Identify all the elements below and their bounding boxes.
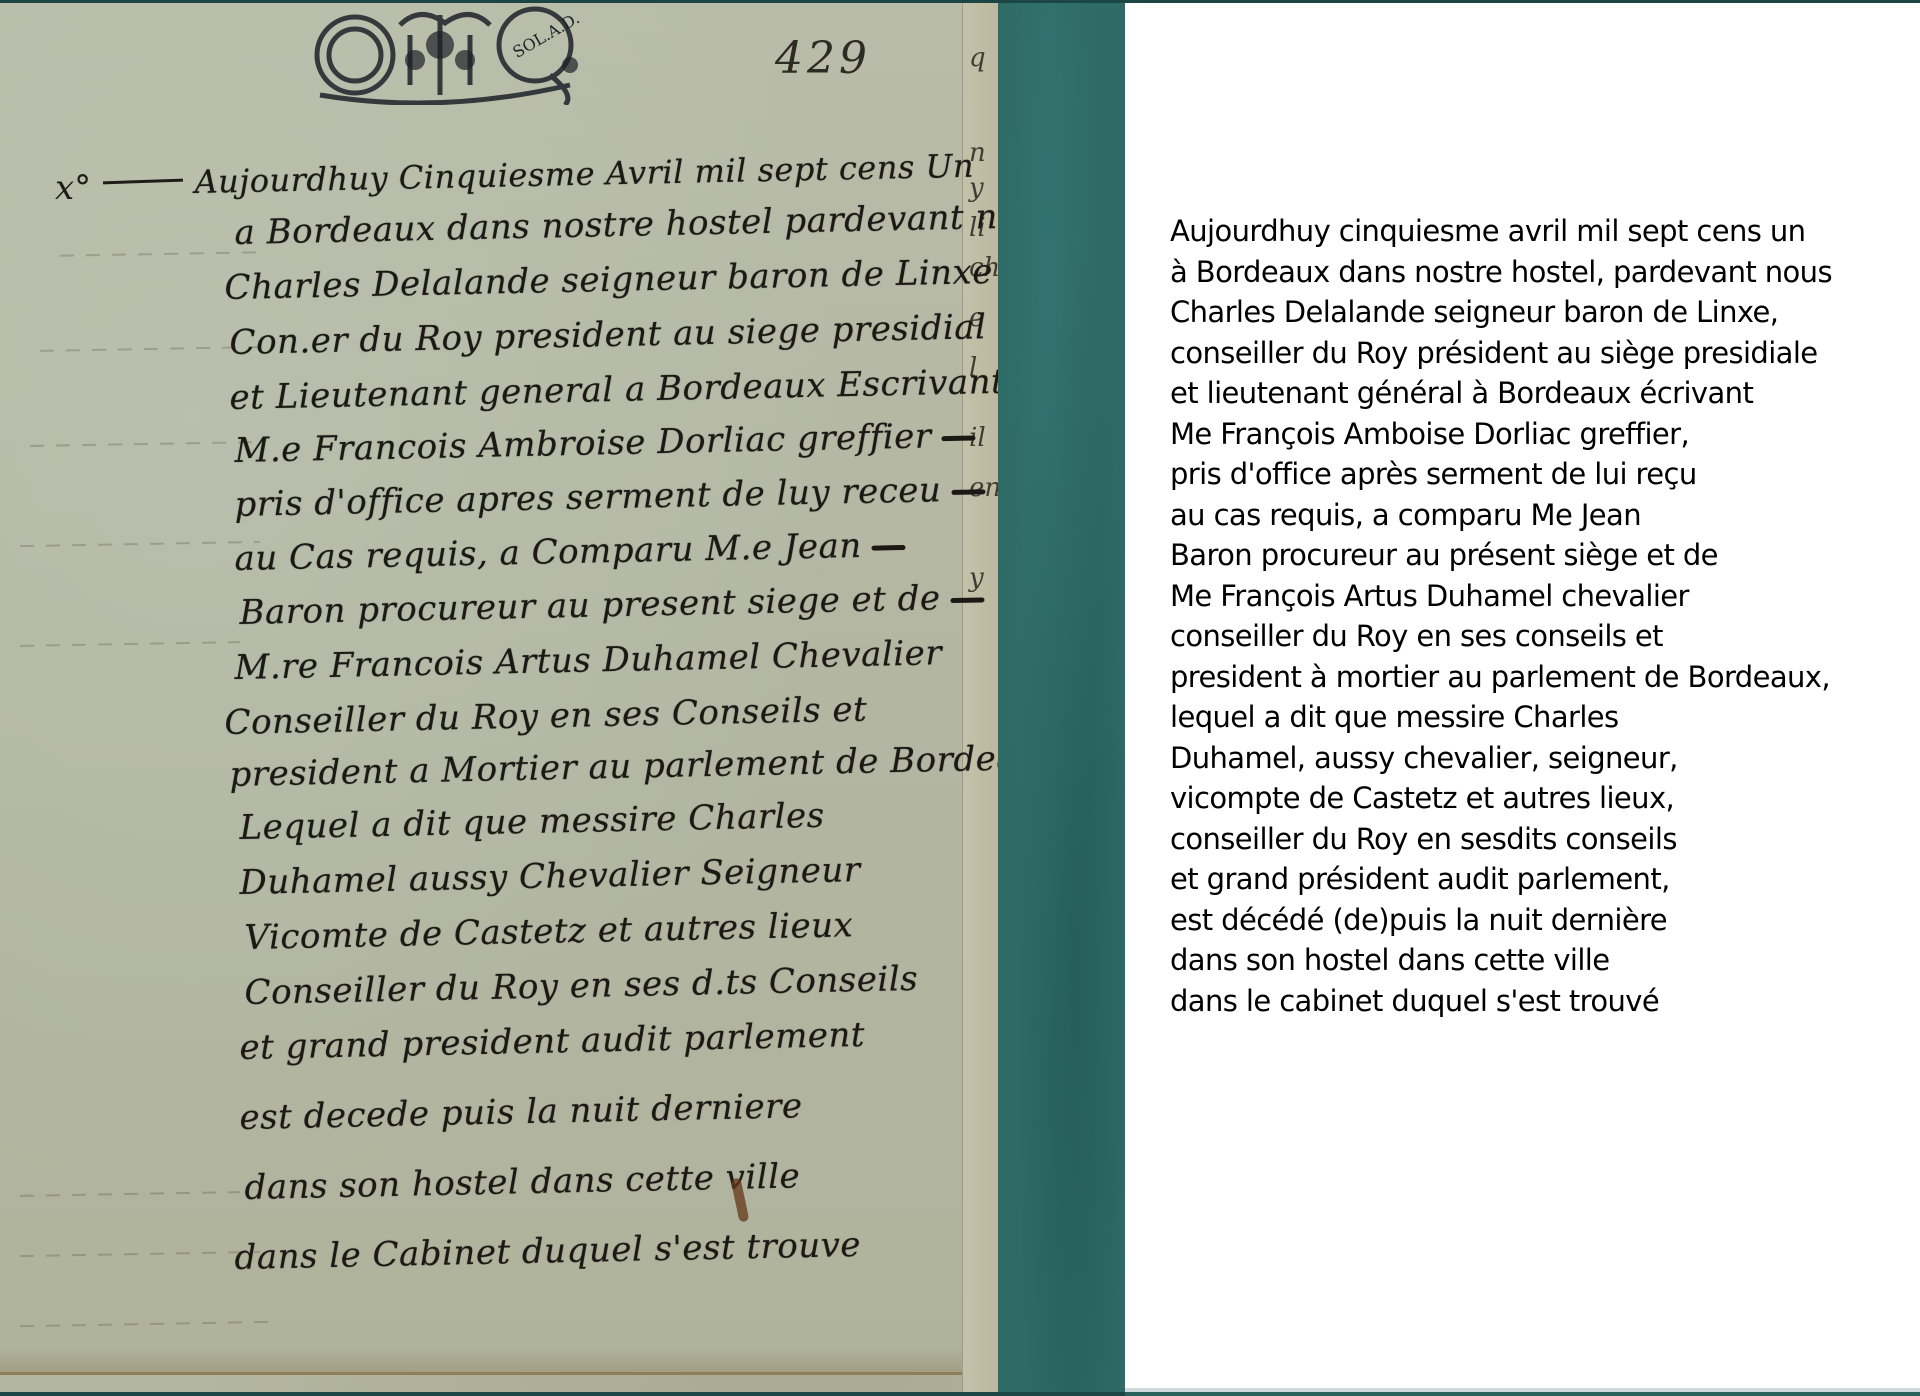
handwritten-line: Lequel a dit que messire Charles: [239, 796, 825, 848]
manuscript-photo: q n y li ch e l il en y: [0, 3, 998, 1392]
margin-mark: x°: [55, 168, 91, 208]
document-composite: q n y li ch e l il en y: [0, 0, 1920, 1396]
transcription-line: et grand président audit parlement,: [1170, 859, 1832, 900]
transcription-line: à Bordeaux dans nostre hostel, pardevant…: [1170, 252, 1832, 293]
teal-background-band: [998, 3, 1125, 1392]
handwritten-line: dans son hostel dans cette ville: [244, 1156, 800, 1208]
transcription-line: dans le cabinet duquel s'est trouvé: [1170, 981, 1832, 1022]
transcription-line: Aujourdhuy cinquiesme avril mil sept cen…: [1170, 211, 1832, 252]
page-edge-shadow: [0, 1348, 962, 1372]
transcription-line: conseiller du Roy en ses conseils et: [1170, 616, 1832, 657]
handwritten-line: Vicomte de Castetz et autres lieux: [244, 905, 853, 958]
handwritten-line: pris d'office apres serment de luy receu: [234, 469, 986, 525]
stamp-seal-icon: SOL.A.D.: [300, 5, 590, 105]
transcription-line: conseiller du Roy en sesdits conseils: [1170, 819, 1832, 860]
handwritten-line: est decede puis la nuit derniere: [239, 1086, 803, 1138]
transcription-line: Me François Amboise Dorliac greffier,: [1170, 414, 1832, 455]
bleed-through-line: [20, 1191, 240, 1197]
handwritten-line: Conseiller du Roy en ses d.ts Conseils: [244, 959, 918, 1013]
transcription-line: Duhamel, aussy chevalier, seigneur,: [1170, 738, 1832, 779]
bleed-through-line: [20, 541, 260, 547]
transcription-panel: Aujourdhuy cinquiesme avril mil sept cen…: [1125, 3, 1920, 1392]
handwritten-line: et Lieutenant general a Bordeaux Escriva…: [229, 362, 998, 418]
transcription-text: Aujourdhuy cinquiesme avril mil sept cen…: [1170, 211, 1832, 1021]
bleed-through-line: [30, 441, 260, 447]
transcription-line: pris d'office après serment de lui reçu: [1170, 454, 1832, 495]
transcription-line: Baron procureur au présent siège et de: [1170, 535, 1832, 576]
bleed-through-line: [40, 346, 260, 352]
transcription-line: lequel a dit que messire Charles: [1170, 697, 1832, 738]
transcription-line: est décédé (de)puis la nuit dernière: [1170, 900, 1832, 941]
handwritten-line: a Bordeaux dans nostre hostel pardevant …: [234, 195, 998, 253]
bleed-through-line: [60, 251, 260, 256]
underlying-page-fragment: q: [969, 43, 986, 73]
bleed-through-line: [20, 1251, 260, 1257]
transcription-line: president à mortier au parlement de Bord…: [1170, 657, 1832, 698]
handwritten-line: au Cas requis, a Comparu M.e Jean: [234, 525, 906, 579]
handwritten-line: M.e Francois Ambroise Dorliac greffier: [234, 415, 976, 471]
bleed-through-line: [20, 641, 240, 647]
handwritten-line: Conseiller du Roy en ses Conseils et: [224, 690, 867, 743]
transcription-line: conseiller du Roy président au siège pre…: [1170, 333, 1832, 374]
transcription-line: Charles Delalande seigneur baron de Linx…: [1170, 292, 1832, 333]
handwritten-line: dans le Cabinet duquel s'est trouve: [234, 1225, 861, 1278]
bottom-border: [0, 1392, 1125, 1396]
handwritten-line: et grand president audit parlement: [239, 1015, 865, 1068]
handwritten-line: M.re Francois Artus Duhamel Chevalier: [234, 633, 942, 688]
transcription-line: et lieutenant général à Bordeaux écrivan…: [1170, 373, 1832, 414]
handwritten-line: Con.er du Roy president au siege presidi…: [229, 307, 987, 363]
manuscript-page: SOL.A.D. 429 x° Aujourdhuy Cinquiesme Av…: [0, 3, 962, 1375]
transcription-line: vicompte de Castetz et autres lieux,: [1170, 778, 1832, 819]
folio-number: 429: [775, 33, 871, 84]
transcription-line: Me François Artus Duhamel chevalier: [1170, 576, 1832, 617]
transcription-line: dans son hostel dans cette ville: [1170, 940, 1832, 981]
handwritten-line: Charles Delalande seigneur baron de Linx…: [224, 251, 998, 308]
handwritten-line: Aujourdhuy Cinquiesme Avril mil sept cen…: [194, 147, 974, 201]
transcription-line: au cas requis, a comparu Me Jean: [1170, 495, 1832, 536]
handwritten-line: president a Mortier au parlement de Bord…: [229, 737, 998, 795]
handwritten-line: Baron procureur au present siege et de: [239, 577, 985, 633]
bleed-through-line: [20, 1321, 280, 1328]
handwritten-line: Duhamel aussy Chevalier Seigneur: [239, 850, 861, 903]
